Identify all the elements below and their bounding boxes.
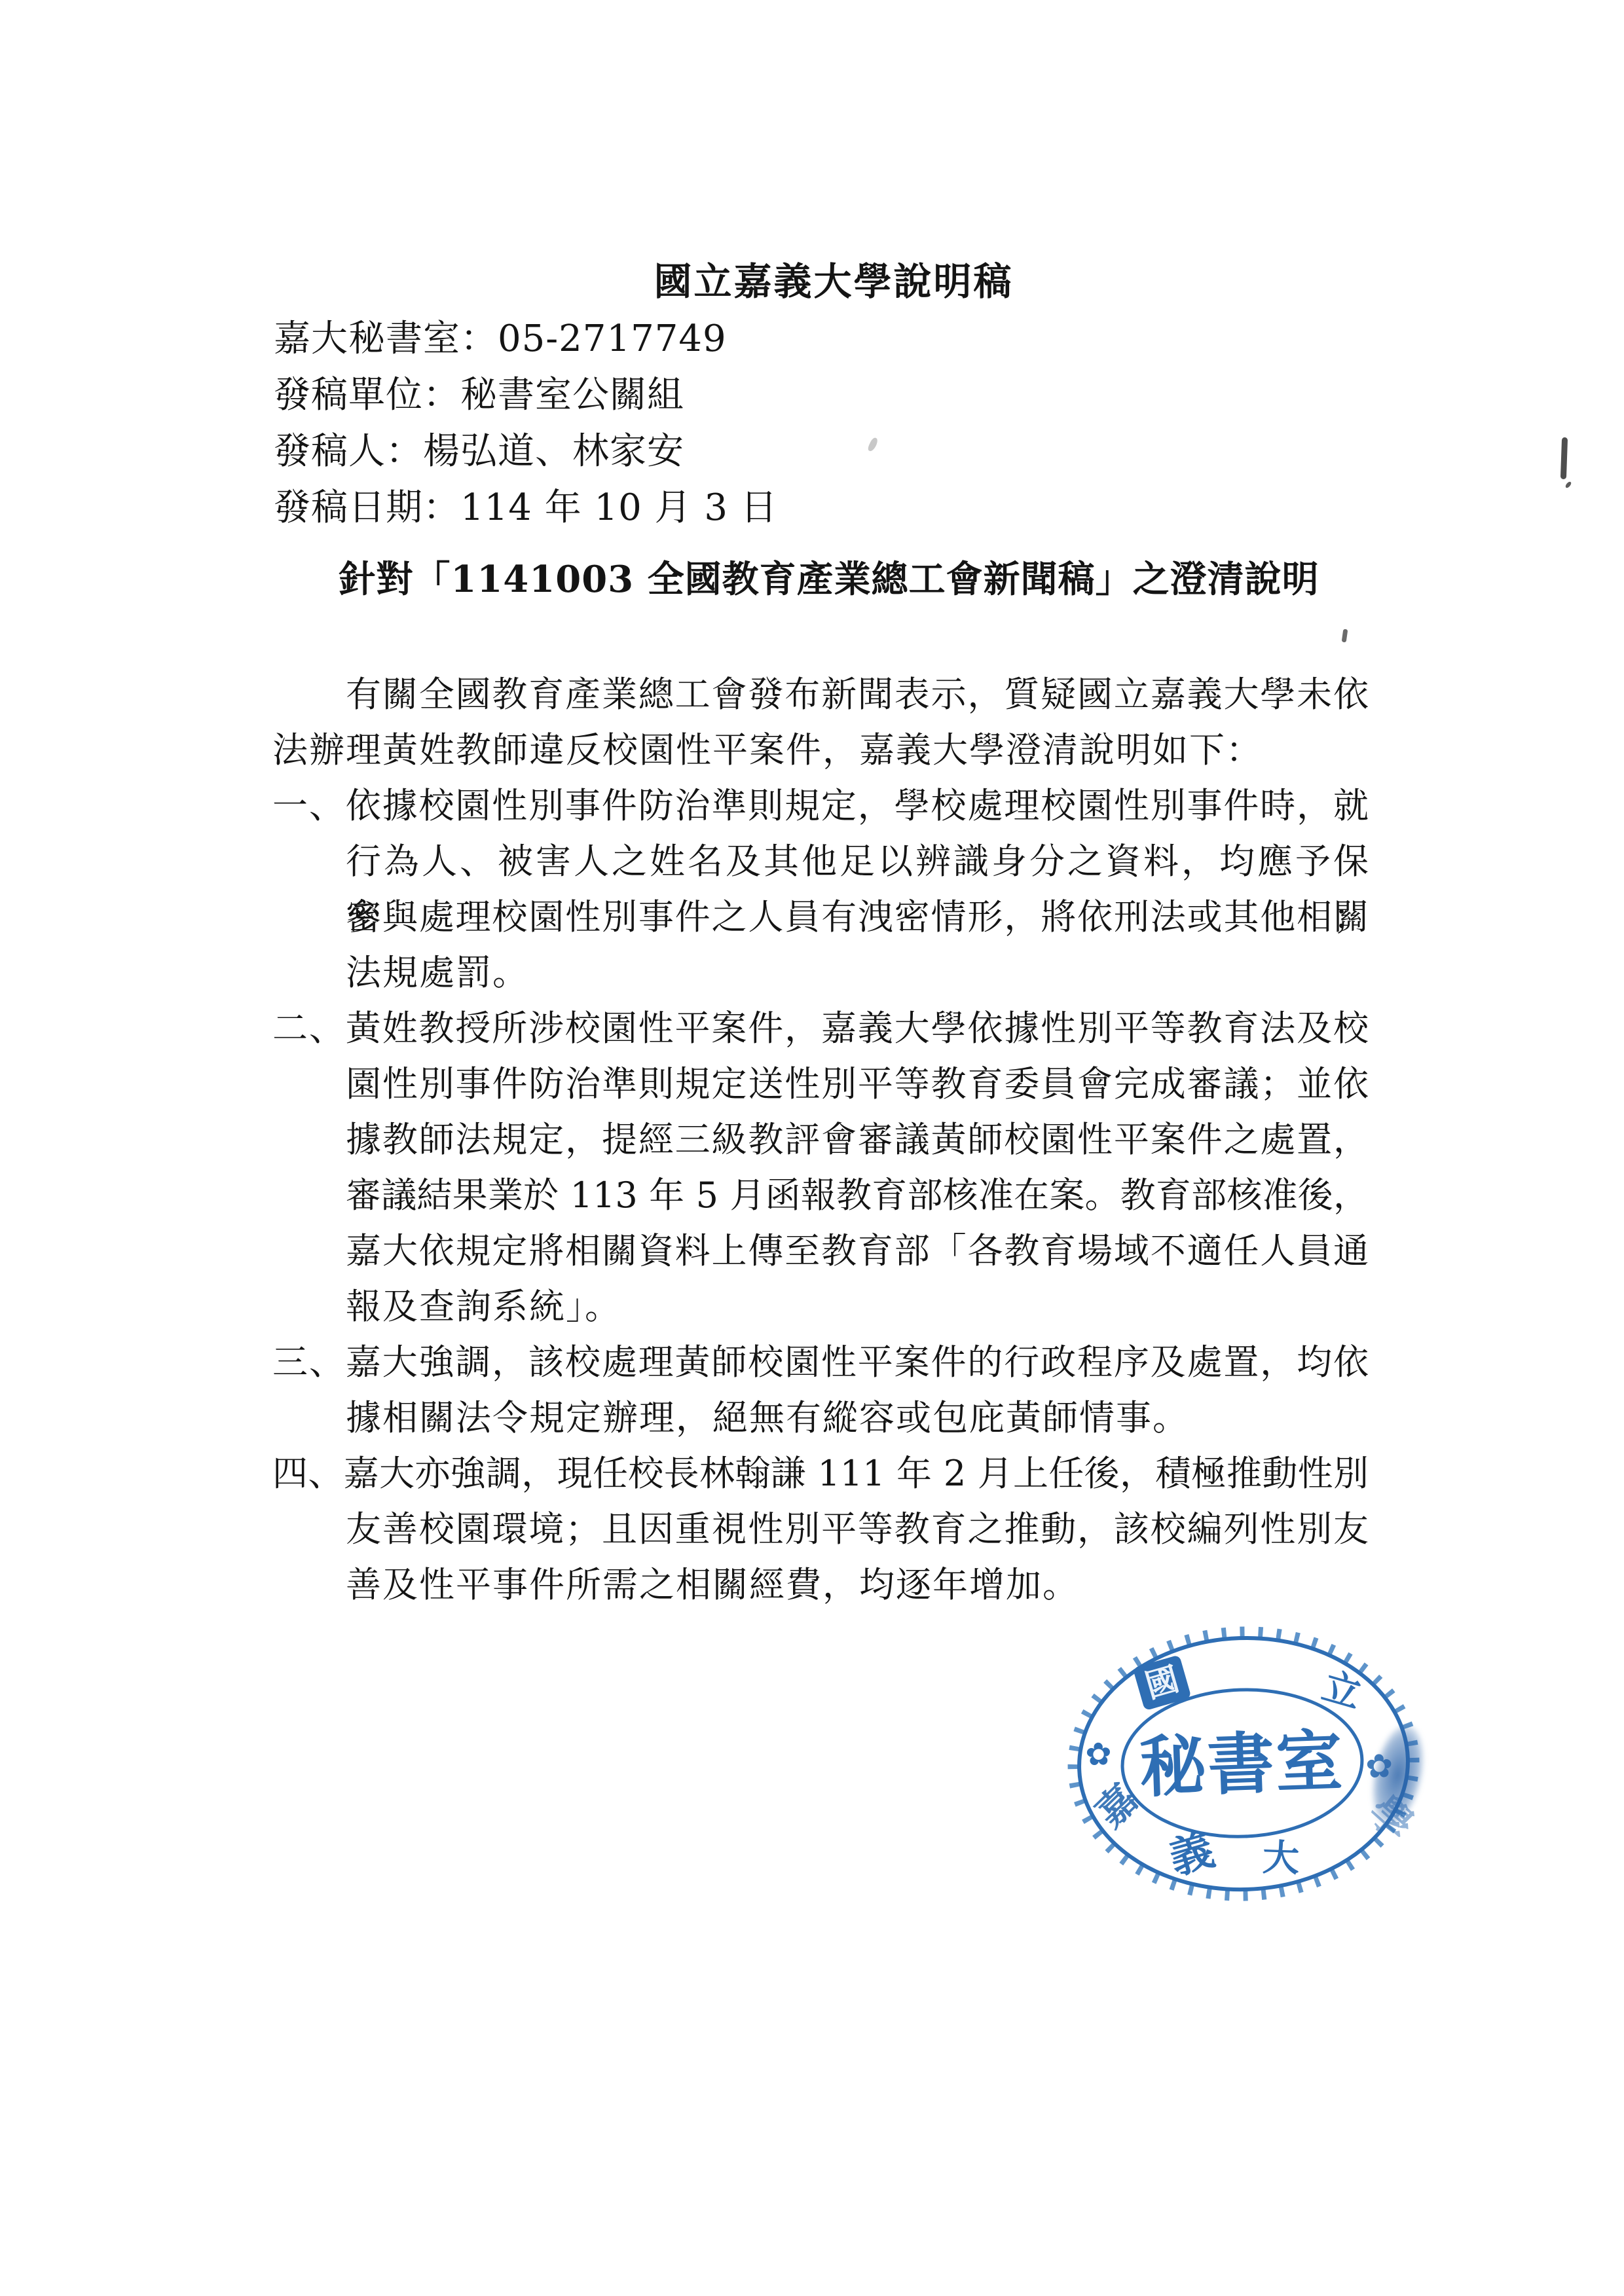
list-item-1-line: 行為人、被害人之姓名及其他足以辨識身分之資料，均應予保密；: [272, 833, 1369, 889]
intro-line: 有關全國教育產業總工會發布新聞表示，質疑國立嘉義大學未依: [272, 666, 1369, 722]
info-line-author: 發稿人：楊弘道、林家安: [274, 424, 1387, 480]
list-item-2-line: 據教師法規定，提經三級教評會審議黃師校園性平案件之處置，: [272, 1112, 1369, 1167]
list-item-1-line: 參與處理校園性別事件之人員有洩密情形，將依刑法或其他相關: [272, 889, 1369, 945]
list-item-1-line: 一、依據校園性別事件防治準則規定，學校處理校園性別事件時，就: [272, 778, 1369, 833]
list-item-4-line: 四、嘉大亦強調，現任校長林翰謙 111 年 2 月上任後，積極推動性別: [272, 1446, 1369, 1501]
intro-line: 法辦理黃姓教師違反校園性平案件，嘉義大學澄清說明如下：: [272, 722, 1369, 778]
info-line-phone: 嘉大秘書室：05-2717749: [274, 311, 1387, 367]
press-info-block: 嘉大秘書室：05-2717749 發稿單位：秘書室公關組 發稿人：楊弘道、林家安…: [274, 311, 1387, 536]
stamp-char-guo: 國: [1142, 1662, 1183, 1703]
list-item-2-line: 二、黃姓教授所涉校園性平案件，嘉義大學依據性別平等教育法及校: [272, 1000, 1369, 1056]
info-line-date: 發稿日期：114 年 10 月 3 日: [274, 480, 1387, 536]
page-title: 國立嘉義大學說明稿: [22, 258, 1624, 305]
document-page: 國立嘉義大學說明稿 嘉大秘書室：05-2717749 發稿單位：秘書室公關組 發…: [0, 0, 1624, 2296]
list-item-2-line: 園性別事件防治準則規定送性別平等教育委員會完成審議；並依: [272, 1056, 1369, 1112]
info-line-unit: 發稿單位：秘書室公關組: [274, 367, 1387, 424]
scan-artifact: [1560, 437, 1568, 479]
secretariat-seal-stamp: 國 立 嘉 義 大 學 ✿ ✿ 秘書室: [1063, 1620, 1426, 1908]
list-item-2-line: 審議結果業於 113 年 5 月函報教育部核准在案。教育部核准後，: [272, 1167, 1369, 1223]
list-item-4-line: 友善校園環境；且因重視性別平等教育之推動，該校編列性別友: [272, 1501, 1369, 1557]
stamp-center-text: 秘書室: [1135, 1722, 1348, 1807]
stamp-char-da: 大: [1262, 1839, 1300, 1877]
list-item-3-line: 據相關法令規定辦理，絕無有縱容或包庇黃師情事。: [272, 1390, 1369, 1446]
rosette-icon: ✿: [1085, 1738, 1113, 1770]
scan-artifact: [1342, 629, 1348, 643]
list-item-1-line: 法規處罰。: [272, 945, 1369, 1000]
list-item-4-line: 善及性平事件所需之相關經費，均逐年增加。: [272, 1557, 1369, 1613]
list-item-2-line: 報及查詢系統」。: [272, 1279, 1369, 1334]
list-item-2-line: 嘉大依規定將相關資料上傳至教育部「各教育場域不適任人員通: [272, 1223, 1369, 1279]
list-item-3-line: 三、嘉大強調，該校處理黃師校園性平案件的行政程序及處置，均依: [272, 1334, 1369, 1390]
scan-artifact: [1564, 481, 1572, 488]
statement-subtitle: 針對「1141003 全國教育產業總工會新聞稿」之澄清說明: [17, 556, 1624, 602]
statement-body: 有關全國教育產業總工會發布新聞表示，質疑國立嘉義大學未依 法辦理黃姓教師違反校園…: [272, 666, 1369, 1613]
